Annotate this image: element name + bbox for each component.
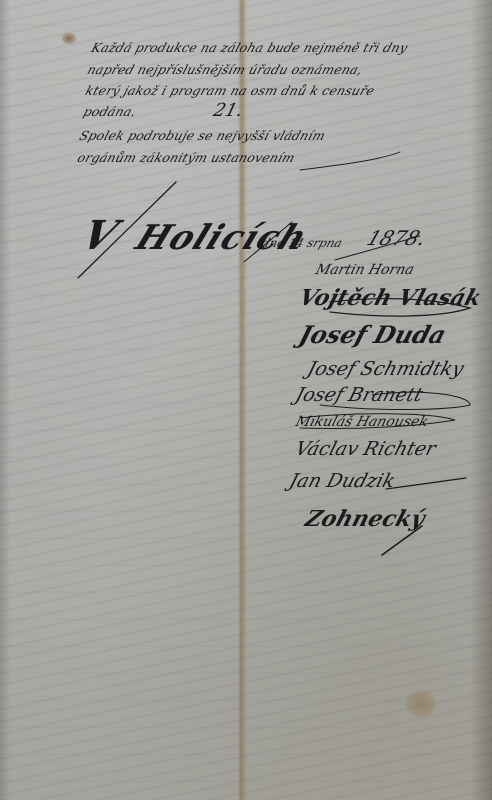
pen-flourishes (0, 0, 492, 800)
document-page: Každá produkce na záloha bude nejméně tř… (0, 0, 492, 800)
